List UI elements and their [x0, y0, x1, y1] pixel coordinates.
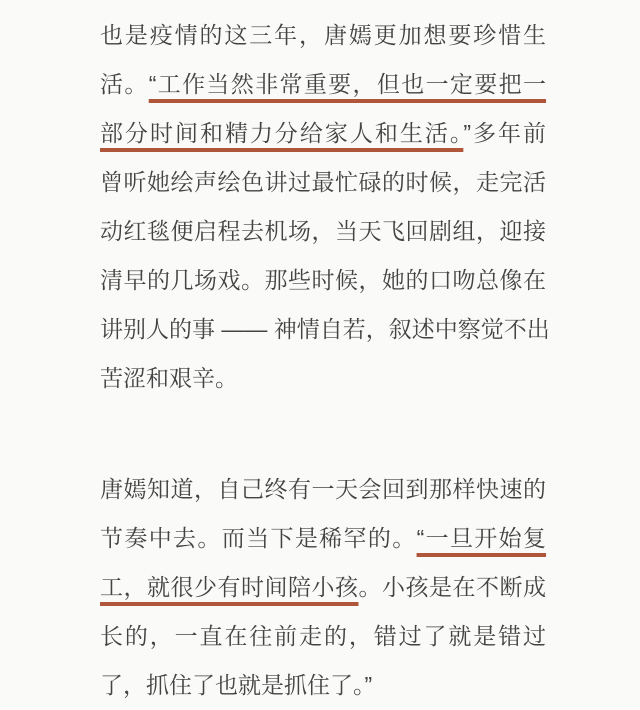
text-segment: 讲别人的事 —— 神情自若，叙述中察觉不出: [100, 316, 550, 342]
text-segment: ”多年前: [463, 120, 546, 146]
article-body: 也是疫情的这三年，唐嫣更加想要珍惜生活。“工作当然非常重要，但也一定要把一部分时…: [100, 11, 546, 710]
text-line: 长的，一直在往前走的，错过了就是错过: [100, 612, 546, 661]
page: 也是疫情的这三年，唐嫣更加想要珍惜生活。“工作当然非常重要，但也一定要把一部分时…: [0, 0, 640, 710]
text-line: 讲别人的事 —— 神情自若，叙述中察觉不出: [100, 305, 546, 354]
underlined-text-segment: “一旦开始复: [417, 525, 546, 551]
text-segment: 了，抓住了也就是抓住了。”: [100, 672, 372, 698]
underlined-text-segment: “工作当然非常重要，但也一定要把一: [149, 71, 546, 97]
paragraph-1: 也是疫情的这三年，唐嫣更加想要珍惜生活。“工作当然非常重要，但也一定要把一部分时…: [100, 11, 546, 403]
text-segment: 也是疫情的这三年，唐嫣更加想要珍惜生: [100, 22, 546, 48]
text-segment: 长的，一直在往前走的，错过了就是错过: [100, 623, 546, 649]
text-line: 部分时间和精力分给家人和生活。”多年前: [100, 109, 546, 158]
text-line: 工，就很少有时间陪小孩。小孩是在不断成: [100, 563, 546, 612]
underlined-text-segment: 工，就很少有时间陪小孩: [100, 574, 359, 600]
text-segment: 。小孩是在不断成: [359, 574, 547, 600]
text-line: 唐嫣知道，自己终有一天会回到那样快速的: [100, 465, 546, 514]
text-segment: 苦涩和艰辛。: [100, 365, 238, 391]
text-line: 也是疫情的这三年，唐嫣更加想要珍惜生: [100, 11, 546, 60]
text-line: 节奏中去。而当下是稀罕的。“一旦开始复: [100, 514, 546, 563]
text-line: 动红毯便启程去机场，当天飞回剧组，迎接: [100, 207, 546, 256]
text-segment: 清早的几场戏。那些时候，她的口吻总像在: [100, 267, 546, 293]
text-line: 清早的几场戏。那些时候，她的口吻总像在: [100, 256, 546, 305]
text-segment: 节奏中去。而当下是稀罕的。: [100, 525, 417, 551]
text-segment: 曾听她绘声绘色讲过最忙碌的时候，走完活: [100, 169, 546, 195]
paragraph-2: 唐嫣知道，自己终有一天会回到那样快速的节奏中去。而当下是稀罕的。“一旦开始复工，…: [100, 465, 546, 710]
text-segment: 动红毯便启程去机场，当天飞回剧组，迎接: [100, 218, 546, 244]
underlined-text-segment: 部分时间和精力分给家人和生活。: [100, 120, 463, 146]
text-line: 苦涩和艰辛。: [100, 354, 546, 403]
text-segment: 唐嫣知道，自己终有一天会回到那样快速的: [100, 476, 546, 502]
text-line: 了，抓住了也就是抓住了。”: [100, 661, 546, 710]
text-line: 曾听她绘声绘色讲过最忙碌的时候，走完活: [100, 158, 546, 207]
text-segment: 活。: [100, 71, 149, 97]
text-line: 活。“工作当然非常重要，但也一定要把一: [100, 60, 546, 109]
